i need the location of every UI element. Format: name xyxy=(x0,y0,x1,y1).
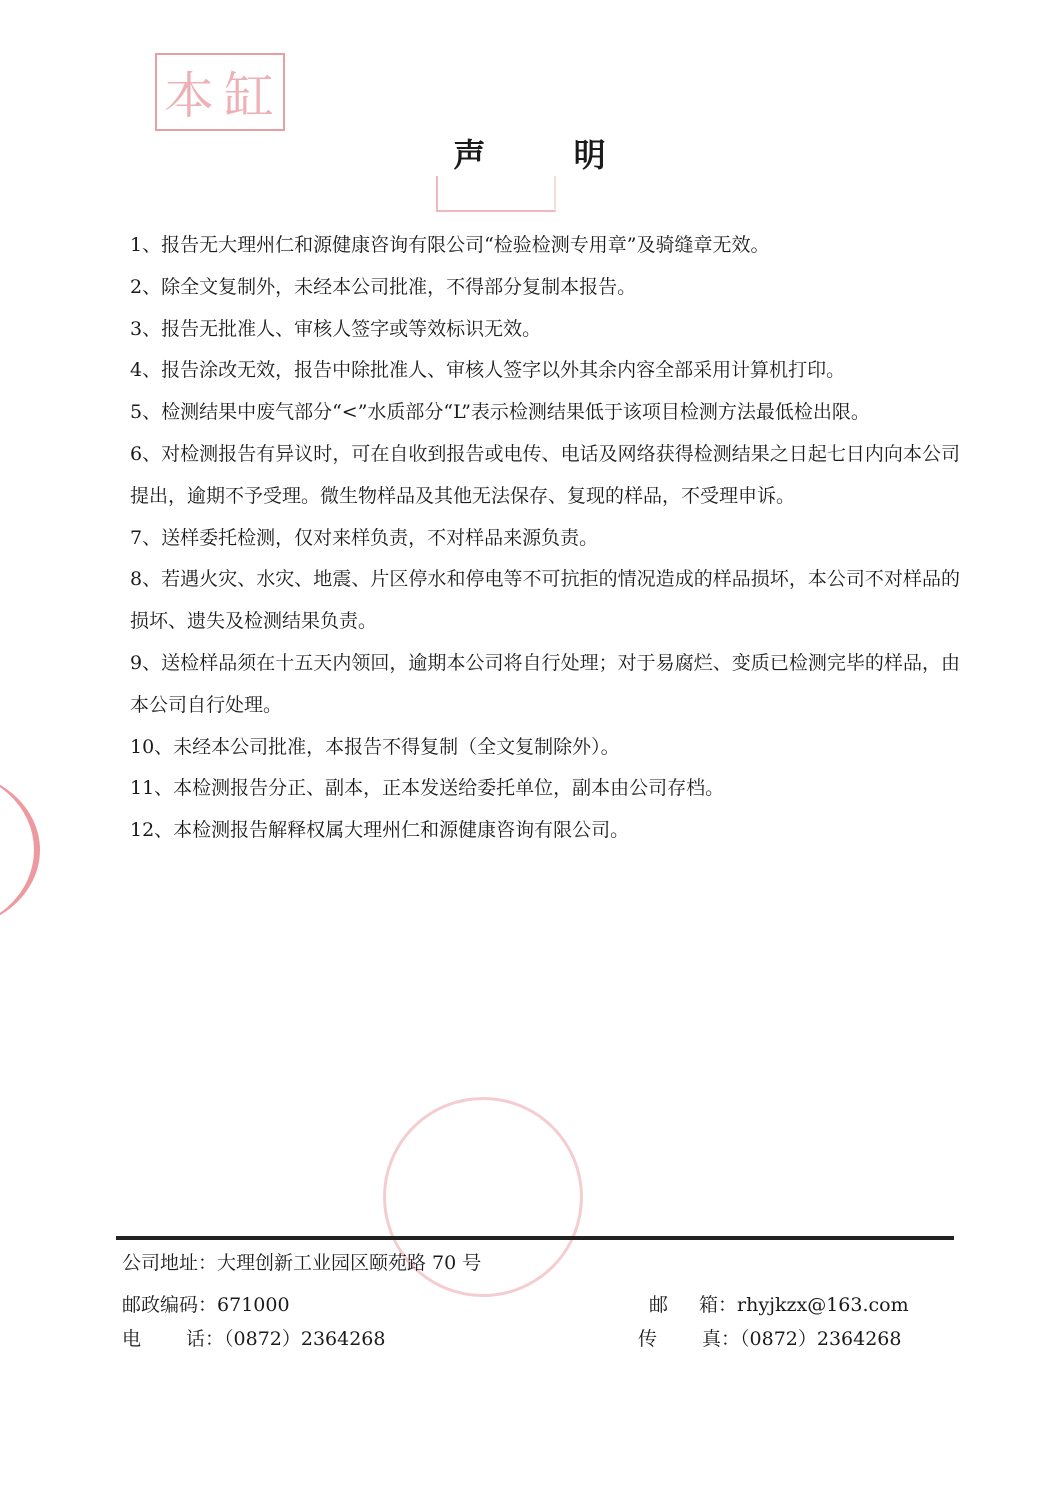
footer-divider xyxy=(116,1236,954,1240)
clause-item: 3、报告无批准人、审核人签字或等效标识无效。 xyxy=(130,309,960,351)
address-row: 公司地址：大理创新工业园区颐苑路 70 号 xyxy=(122,1248,481,1275)
email-label-2: 箱： xyxy=(699,1294,737,1316)
email-label-1: 邮 xyxy=(649,1290,699,1317)
clause-item: 1、报告无大理州仁和源健康咨询有限公司“检验检测专用章”及骑缝章无效。 xyxy=(130,225,960,267)
postcode-label: 邮政编码： xyxy=(122,1294,217,1316)
clause-item: 12、本检测报告解释权属大理州仁和源健康咨询有限公司。 xyxy=(130,810,960,852)
copy-stamp-char-2: 缸 xyxy=(224,56,276,128)
clause-item: 9、送检样品须在十五天内领回，逾期本公司将自行处理；对于易腐烂、变质已检测完毕的… xyxy=(130,643,960,727)
fax-value: （0872）2364268 xyxy=(740,1328,901,1350)
clause-item: 5、检测结果中废气部分“<”水质部分“L”表示检测结果低于该项目检测方法最低检出… xyxy=(130,392,960,434)
declaration-page: 本 缸 声 明 1、报告无大理州仁和源健康咨询有限公司“检验检测专用章”及骑缝章… xyxy=(0,0,1061,1500)
fax-label-1: 传 xyxy=(638,1324,702,1351)
clause-list: 1、报告无大理州仁和源健康咨询有限公司“检验检测专用章”及骑缝章无效。 2、除全… xyxy=(130,225,960,852)
email-row: 邮箱：rhyjkzx@163.com xyxy=(649,1290,909,1317)
phone-label-2: 话： xyxy=(186,1328,224,1350)
clause-item: 10、未经本公司批准，本报告不得复制（全文复制除外）。 xyxy=(130,727,960,769)
address-value: 大理创新工业园区颐苑路 70 号 xyxy=(217,1252,481,1274)
clause-item: 11、本检测报告分正、副本，正本发送给委托单位，副本由公司存档。 xyxy=(130,768,960,810)
address-label: 公司地址： xyxy=(122,1252,217,1274)
phone-label-1: 电 xyxy=(122,1324,186,1351)
email-value[interactable]: rhyjkzx@163.com xyxy=(737,1294,909,1316)
page-title: 声 明 xyxy=(0,130,1061,176)
fax-row: 传真：（0872）2364268 xyxy=(638,1324,902,1351)
clause-item: 6、对检测报告有异议时，可在自收到报告或电传、电话及网络获得检测结果之日起七日内… xyxy=(130,434,960,518)
clause-item: 4、报告涂改无效，报告中除批准人、审核人签字以外其余内容全部采用计算机打印。 xyxy=(130,350,960,392)
copy-stamp-char-1: 本 xyxy=(164,56,216,128)
copy-stamp: 本 缸 xyxy=(155,53,285,131)
title-char-2: 明 xyxy=(574,130,608,176)
postcode-value: 671000 xyxy=(217,1294,290,1316)
partial-seal-mark xyxy=(436,176,556,212)
phone-value: （0872）2364268 xyxy=(224,1328,385,1350)
clause-item: 2、除全文复制外，未经本公司批准，不得部分复制本报告。 xyxy=(130,267,960,309)
clause-item: 8、若遇火灾、水灾、地震、片区停水和停电等不可抗拒的情况造成的样品损坏，本公司不… xyxy=(130,559,960,643)
postcode-row: 邮政编码：671000 xyxy=(122,1290,290,1317)
clause-item: 7、送样委托检测，仅对来样负责，不对样品来源负责。 xyxy=(130,518,960,560)
title-char-1: 声 xyxy=(453,130,487,176)
fax-label-2: 真： xyxy=(702,1328,740,1350)
phone-row: 电话：（0872）2364268 xyxy=(122,1324,386,1351)
perforation-seal-edge xyxy=(0,770,40,930)
